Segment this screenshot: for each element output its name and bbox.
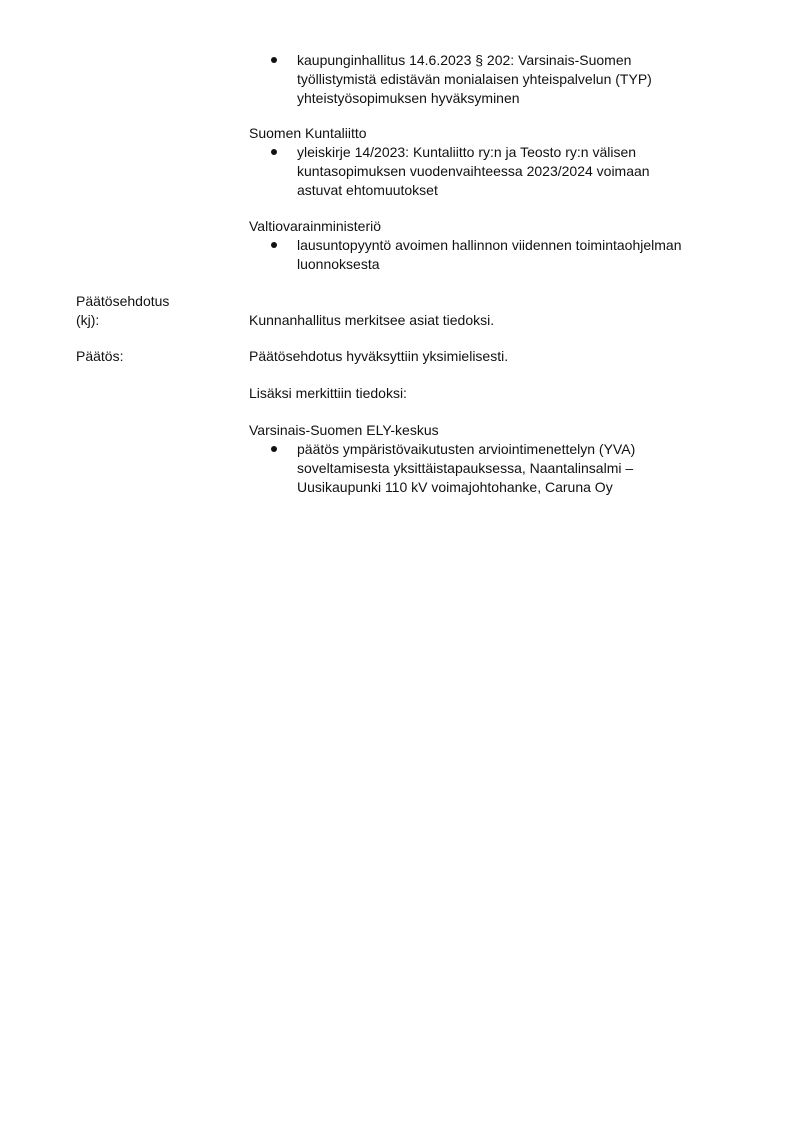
- section-ely-keskus: Varsinais-Suomen ELY-keskus päätös ympär…: [249, 421, 739, 497]
- bullet-line: Uusikaupunki 110 kV voimajohtohanke, Car…: [297, 478, 737, 497]
- section-kuntaliitto: Suomen Kuntaliitto yleiskirje 14/2023: K…: [249, 124, 739, 200]
- bullet-line: kuntasopimuksen vuodenvaihteessa 2023/20…: [297, 162, 737, 181]
- section-heading: Suomen Kuntaliitto: [249, 124, 739, 143]
- bullet-line: kaupunginhallitus 14.6.2023 § 202: Varsi…: [297, 51, 737, 70]
- opening-section: kaupunginhallitus 14.6.2023 § 202: Varsi…: [249, 51, 739, 108]
- bullet-line: yleiskirje 14/2023: Kuntaliitto ry:n ja …: [297, 143, 737, 162]
- proposal-label-line2: (kj):: [76, 311, 236, 330]
- bullet-list: lausuntopyyntö avoimen hallinnon viidenn…: [249, 236, 739, 274]
- proposal-label-line1: Päätösehdotus: [76, 292, 236, 311]
- additional-intro: Lisäksi merkittiin tiedoksi:: [249, 384, 739, 403]
- section-valtiovarainministerio: Valtiovarainministeriö lausuntopyyntö av…: [249, 217, 739, 274]
- decision-label: Päätös:: [76, 347, 236, 366]
- list-item: päätös ympäristövaikutusten arviointimen…: [249, 440, 737, 497]
- document-page: kaupunginhallitus 14.6.2023 § 202: Varsi…: [0, 0, 794, 1122]
- bullet-line: astuvat ehtomuutokset: [297, 181, 737, 200]
- decision-body: Päätösehdotus hyväksyttiin yksimielisest…: [249, 347, 739, 366]
- list-item: kaupunginhallitus 14.6.2023 § 202: Varsi…: [249, 51, 737, 108]
- bullet-line: lausuntopyyntö avoimen hallinnon viidenn…: [297, 236, 757, 255]
- proposal-body: Kunnanhallitus merkitsee asiat tiedoksi.: [249, 311, 739, 330]
- decision-text: Päätösehdotus hyväksyttiin yksimielisest…: [249, 347, 739, 366]
- bullet-line: soveltamisesta yksittäistapauksessa, Naa…: [297, 459, 737, 478]
- bullet-icon: [271, 446, 277, 452]
- list-item: yleiskirje 14/2023: Kuntaliitto ry:n ja …: [249, 143, 737, 200]
- bullet-line: päätös ympäristövaikutusten arviointimen…: [297, 440, 737, 459]
- bullet-list: yleiskirje 14/2023: Kuntaliitto ry:n ja …: [249, 143, 739, 200]
- bullet-icon: [271, 149, 277, 155]
- bullet-line: luonnoksesta: [297, 255, 757, 274]
- bullet-line: työllistymistä edistävän monialaisen yht…: [297, 70, 737, 89]
- proposal-text: Kunnanhallitus merkitsee asiat tiedoksi.: [249, 311, 739, 330]
- section-heading: Varsinais-Suomen ELY-keskus: [249, 421, 739, 440]
- section-heading: Valtiovarainministeriö: [249, 217, 739, 236]
- bullet-icon: [271, 242, 277, 248]
- proposal-label: Päätösehdotus (kj):: [76, 292, 236, 330]
- bullet-list: päätös ympäristövaikutusten arviointimen…: [249, 440, 739, 497]
- bullet-line: yhteistyösopimuksen hyväksyminen: [297, 89, 737, 108]
- bullet-list: kaupunginhallitus 14.6.2023 § 202: Varsi…: [249, 51, 739, 108]
- additional-intro-block: Lisäksi merkittiin tiedoksi:: [249, 384, 739, 403]
- decision-label-block: Päätös:: [76, 347, 236, 366]
- list-item: lausuntopyyntö avoimen hallinnon viidenn…: [249, 236, 757, 274]
- bullet-icon: [271, 57, 277, 63]
